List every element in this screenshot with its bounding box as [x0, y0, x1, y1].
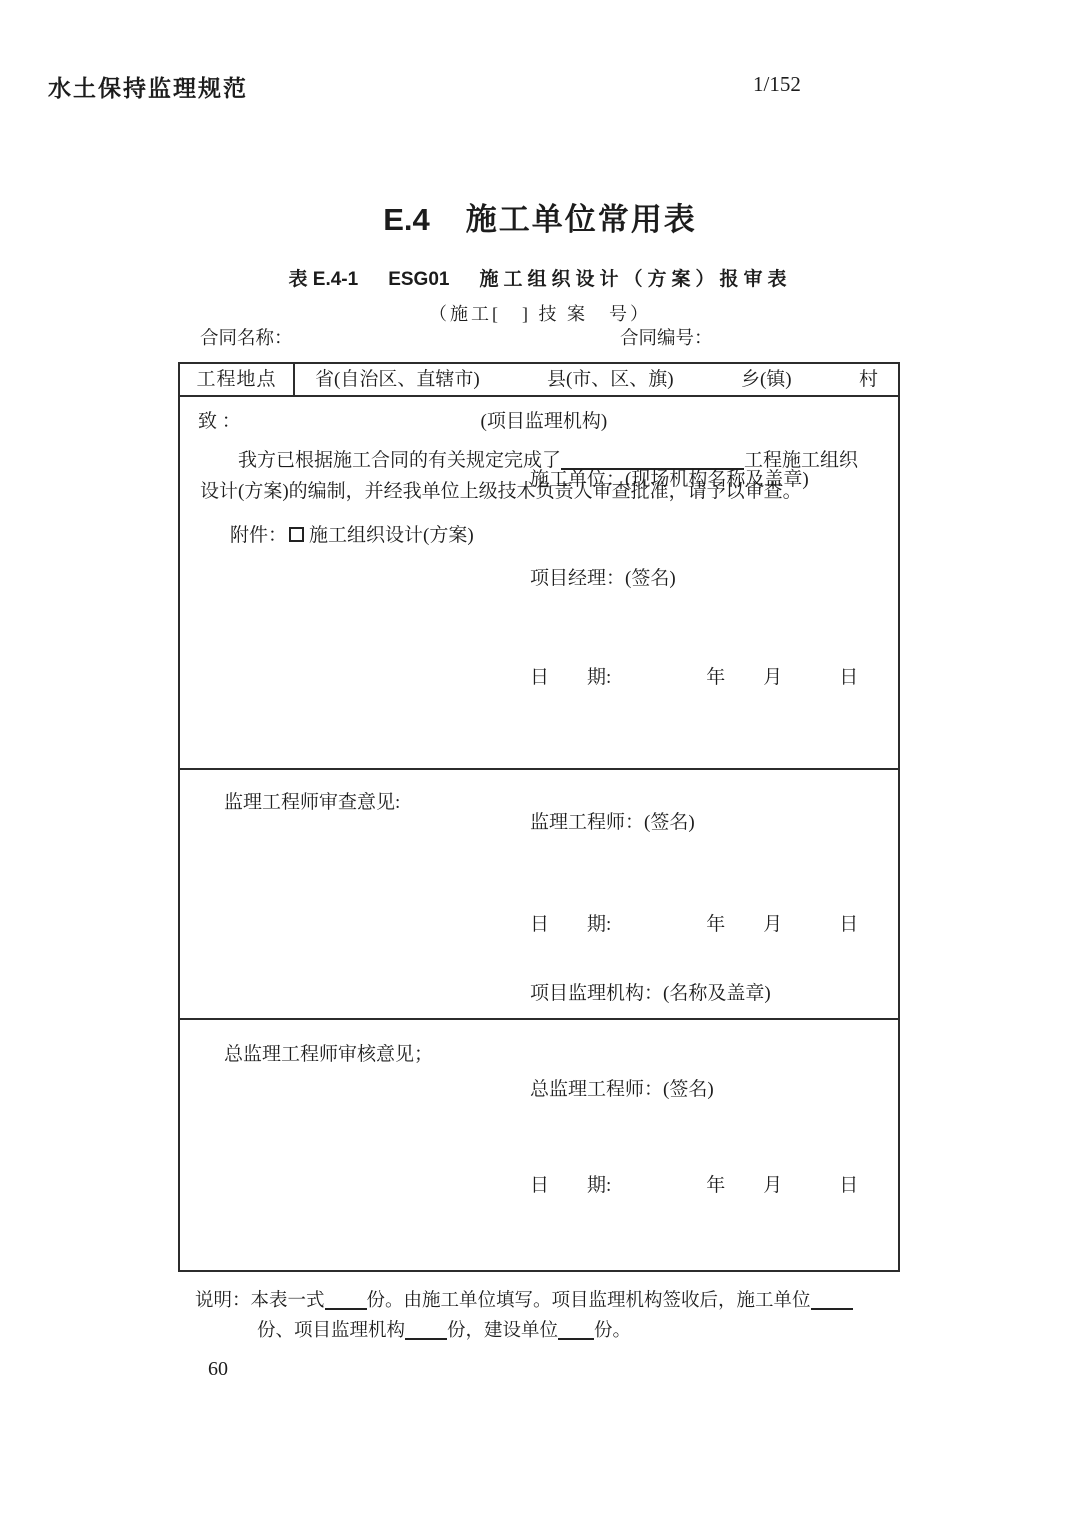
- supervisor-name-line: 监理工程师：(签名): [530, 806, 858, 840]
- attachment-checkbox: [289, 527, 304, 542]
- notes-seg1: 本表一式: [251, 1291, 325, 1311]
- contractor-signature-block: 施工单位：(现场机构名称及盖章) 项目经理：(签名) 日 期: 年 月 日: [530, 397, 858, 760]
- to-label: 致 ：: [198, 411, 241, 432]
- project-manager-line: 项目经理：(签名): [530, 562, 858, 595]
- copies-blank-1: [325, 1290, 367, 1311]
- supervision-org-line: 项目监理机构：(名称及盖章): [530, 978, 858, 1010]
- notes-seg5: 份。: [594, 1321, 631, 1341]
- notes-prefix: 说明：: [195, 1291, 251, 1311]
- chief-supervisor-line: 总监理工程师：(签名): [530, 1074, 858, 1106]
- page-number: 60: [208, 1358, 228, 1381]
- notes-seg2: 份。由施工单位填写。项目监理机构签收后，施工单位: [367, 1291, 811, 1311]
- document-header-title: 水土保持监理规范: [48, 70, 248, 103]
- table-number: 表 E.4-1: [289, 269, 359, 290]
- contractor-date-line: 日 期: 年 月 日: [530, 661, 858, 694]
- notes-seg3: 份、项目监理机构: [257, 1321, 405, 1341]
- request-section-row: 致 ： (项目监理机构) 我方已根据施工合同的有关规定完成了工程施工组织 设计(…: [180, 397, 898, 770]
- chief-signature-block: 项目监理机构：(名称及盖章) 总监理工程师：(签名) 日 期: 年 月 日: [530, 914, 858, 1266]
- chief-date-line: 日 期: 年 月 日: [530, 1170, 858, 1202]
- location-label-cell: 工程地点: [180, 364, 295, 395]
- section-number: E.4: [383, 202, 430, 237]
- form-name: 施工组织设计（方案）报审表: [479, 269, 791, 290]
- chief-review-row: 总监理工程师审核意见； 项目监理机构：(名称及盖章) 总监理工程师：(签名) 日…: [180, 1020, 898, 1272]
- location-option-county: 县(市、区、旗): [547, 367, 674, 393]
- doc-number-line: （施工[ ] 技 案 号）: [0, 300, 1080, 326]
- attachment-label: 附件：: [230, 525, 287, 546]
- table-caption: 表 E.4-1ESG01施工组织设计（方案）报审表: [0, 264, 1080, 291]
- section-title: E.4施工单位常用表: [0, 194, 1080, 239]
- location-option-province: 省(自治区、直辖市): [315, 367, 480, 393]
- document-page: 水土保持监理规范 1/152 E.4施工单位常用表 表 E.4-1ESG01施工…: [0, 0, 1080, 1527]
- attachment-item: 施工组织设计(方案): [309, 525, 474, 546]
- contractor-org-line: 施工单位：(现场机构名称及盖章): [530, 463, 858, 496]
- notes-seg4: 份，建设单位: [447, 1321, 558, 1341]
- contract-number-label: 合同编号：: [620, 324, 713, 350]
- copies-blank-3: [405, 1320, 447, 1341]
- section-title-text: 施工单位常用表: [466, 202, 697, 237]
- form-table: 工程地点 省(自治区、直辖市) 县(市、区、旗) 乡(镇) 村 致 ： (项目监…: [178, 362, 900, 1272]
- location-options-cell: 省(自治区、直辖市) 县(市、区、旗) 乡(镇) 村: [295, 364, 898, 395]
- form-notes: 说明：本表一式份。由施工单位填写。项目监理机构签收后，施工单位 份、项目监理机构…: [195, 1286, 973, 1346]
- copies-blank-2: [811, 1290, 853, 1311]
- form-code: ESG01: [388, 269, 449, 290]
- page-indicator: 1/152: [753, 72, 801, 97]
- contract-name-label: 合同名称：: [200, 324, 293, 350]
- location-option-township: 乡(镇): [741, 367, 792, 393]
- copies-blank-4: [558, 1320, 594, 1341]
- location-option-village: 村: [859, 367, 878, 393]
- request-text-pre: 我方已根据施工合同的有关规定完成了: [238, 450, 561, 471]
- project-location-row: 工程地点 省(自治区、直辖市) 县(市、区、旗) 乡(镇) 村: [180, 364, 898, 397]
